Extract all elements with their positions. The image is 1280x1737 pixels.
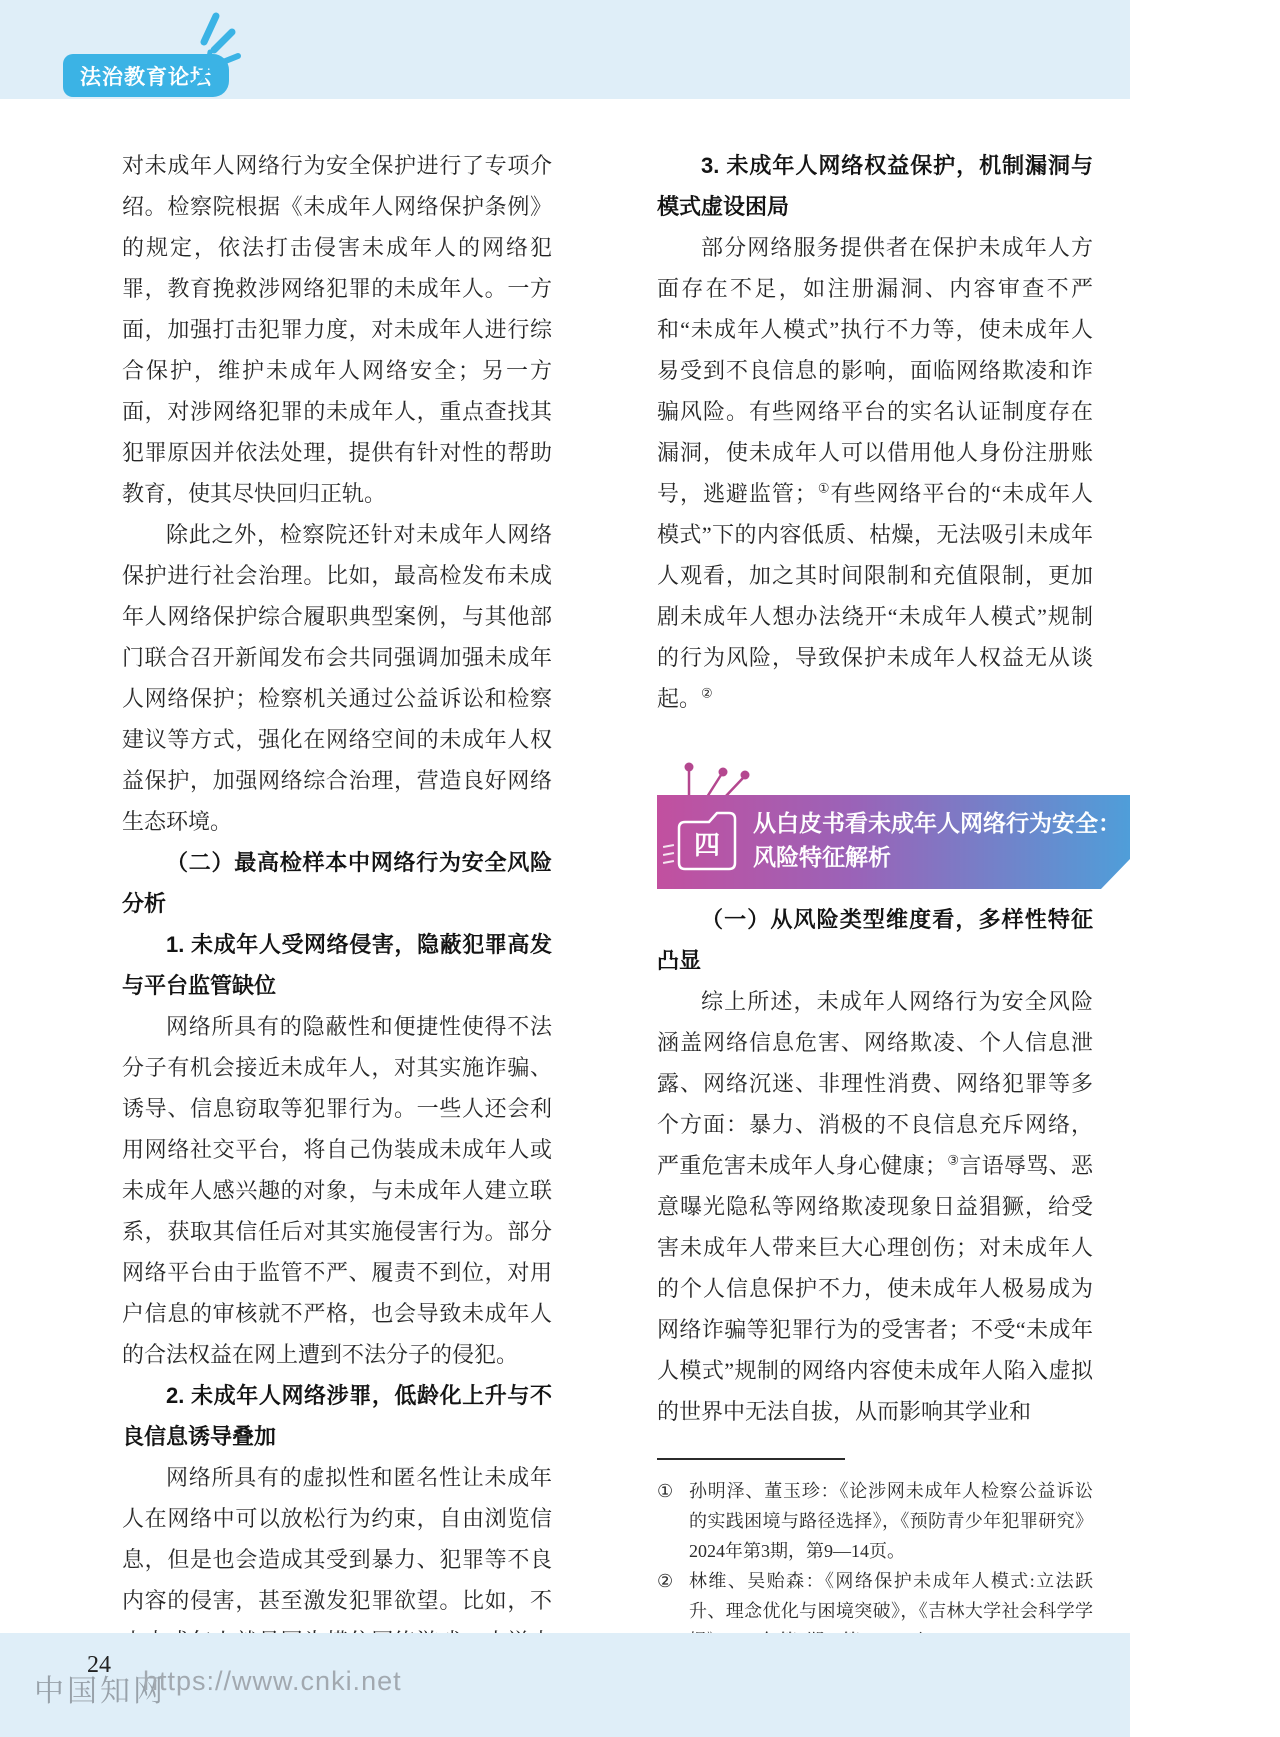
page-number: 24 xyxy=(87,1652,111,1679)
right-text-column: 3. 未成年人网络权益保护，机制漏洞与模式虚设困局 部分网络服务提供者在保护未成… xyxy=(657,145,1093,1716)
paragraph: 综上所述，未成年人网络行为安全风险涵盖网络信息危害、网络欺凌、个人信息泄露、网络… xyxy=(657,981,1093,1432)
section-banner: 四 从白皮书看未成年人网络行为安全： 风险特征解析 xyxy=(657,795,1130,889)
left-text-column: 对未成年人网络行为安全保护进行了专项介绍。检察院根据《未成年人网络保护条例》的规… xyxy=(122,145,552,1703)
paragraph-text: 有些网络平台的“未成年人模式”下的内容低质、枯燥，无法吸引未成年人观看，加之其时… xyxy=(657,481,1093,711)
section-heading-1: （一）从风险类型维度看，多样性特征凸显 xyxy=(657,899,1093,981)
paragraph: 部分网络服务提供者在保护未成年人方面存在不足，如注册漏洞、内容审查不严和“未成年… xyxy=(657,227,1093,719)
subheading-1: 1. 未成年人受网络侵害，隐蔽犯罪高发与平台监管缺位 xyxy=(122,924,552,1006)
section-banner-title: 从白皮书看未成年人网络行为安全： 风险特征解析 xyxy=(753,806,1121,874)
subheading-2: 2. 未成年人网络涉罪，低龄化上升与不良信息诱导叠加 xyxy=(122,1375,552,1457)
footnote-ref-2: ② xyxy=(701,686,713,701)
footnote-text: 孙明泽、董玉珍：《论涉网未成年人检察公益诉讼的实践困境与路径选择》，《预防青少年… xyxy=(689,1476,1093,1566)
paragraph-text: 综上所述，未成年人网络行为安全风险涵盖网络信息危害、网络欺凌、个人信息泄露、网络… xyxy=(657,989,1093,1178)
footnote-item: ① 孙明泽、董玉珍：《论涉网未成年人检察公益诉讼的实践困境与路径选择》，《预防青… xyxy=(657,1476,1093,1566)
footnote-marker: ① xyxy=(657,1476,689,1566)
tick-lines-icon xyxy=(663,845,674,869)
folder-number-icon: 四 xyxy=(675,808,739,874)
section-banner-wrap: 四 从白皮书看未成年人网络行为安全： 风险特征解析 xyxy=(657,761,1130,889)
cnki-url: https://www.cnki.net xyxy=(143,1666,402,1697)
paragraph-text: 部分网络服务提供者在保护未成年人方面存在不足，如注册漏洞、内容审查不严和“未成年… xyxy=(657,235,1093,506)
paragraph: 网络所具有的隐蔽性和便捷性使得不法分子有机会接近未成年人，对其实施诈骗、诱导、信… xyxy=(122,1006,552,1375)
paragraph: 对未成年人网络行为安全保护进行了专项介绍。检察院根据《未成年人网络保护条例》的规… xyxy=(122,145,552,514)
subheading-3: 3. 未成年人网络权益保护，机制漏洞与模式虚设困局 xyxy=(657,145,1093,227)
footnote-ref-1: ① xyxy=(817,481,831,496)
section-heading-2: （二）最高检样本中网络行为安全风险分析 xyxy=(122,842,552,924)
footnote-separator xyxy=(657,1458,845,1460)
footnote-ref-3: ③ xyxy=(947,1153,959,1168)
section-number: 四 xyxy=(694,830,720,860)
section-title-line1: 从白皮书看未成年人网络行为安全： xyxy=(753,806,1121,840)
pin-dots-icon xyxy=(667,761,777,797)
brush-swoosh-icon xyxy=(170,4,244,96)
journal-page: 法治教育论坛 对未成年人网络行为安全保护进行了专项介绍。检察院根据《未成年人网络… xyxy=(0,0,1280,1737)
paragraph: 除此之外，检察院还针对未成年人网络保护进行社会治理。比如，最高检发布未成年人网络… xyxy=(122,514,552,842)
section-title-line2: 风险特征解析 xyxy=(753,840,1121,874)
paragraph-text: 言语辱骂、恶意曝光隐私等网络欺凌现象日益猖獗，给受害未成年人带来巨大心理创伤；对… xyxy=(657,1153,1093,1424)
